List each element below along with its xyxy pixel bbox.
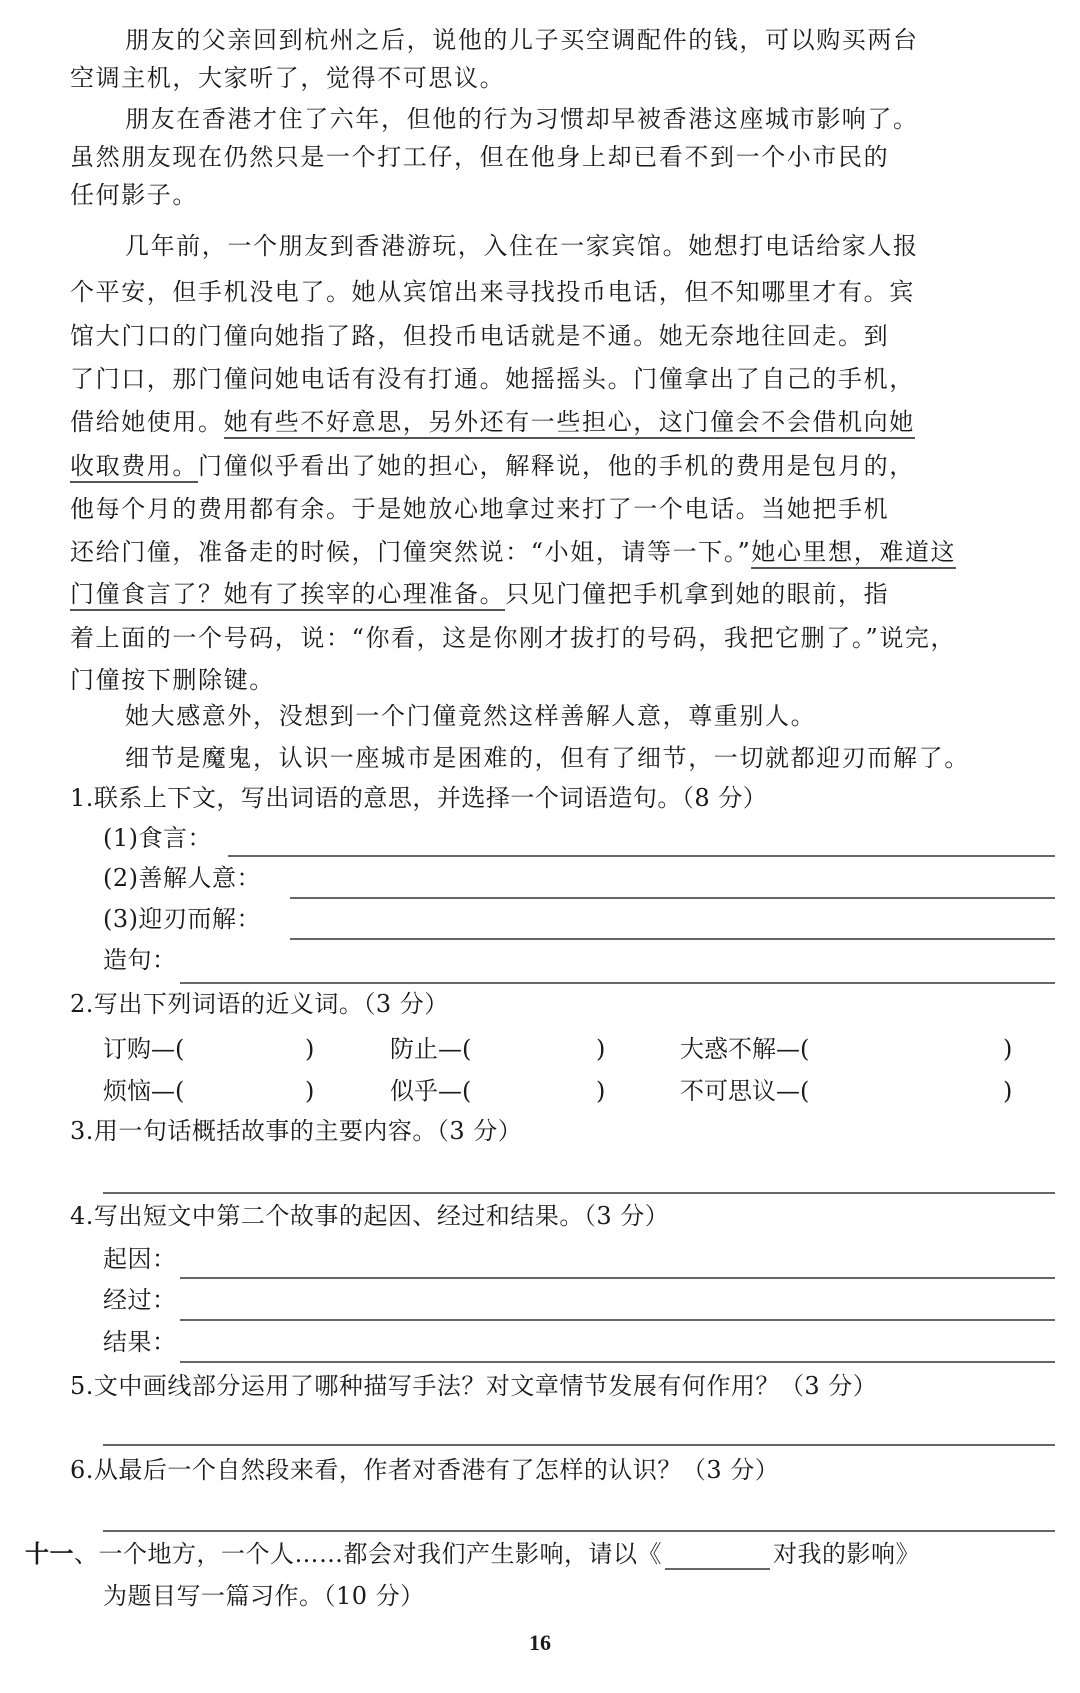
q1-label-yingrenerjie: (3)迎刃而解： xyxy=(103,903,1080,935)
q4-label-result: 结果： xyxy=(103,1326,1080,1358)
passage-text: 借给她使用。 xyxy=(70,408,224,436)
paren-close: ) xyxy=(1003,1075,1012,1107)
passage-p3-line11: 门僮按下删除键。 xyxy=(70,664,1055,696)
passage-p2-line1: 朋友在香港才住了六年，但他的行为习惯却早被香港这座城市影响了。 xyxy=(125,103,1055,135)
q5-answer-line[interactable] xyxy=(103,1444,1055,1446)
passage-p3-line2: 个平安，但手机没电了。她从宾馆出来寻找投币电话，但不知哪里才有。宾 xyxy=(70,276,1055,308)
q4-label-process: 经过： xyxy=(103,1284,1080,1316)
passage-p1-line2: 空调主机，大家听了，觉得不可思议。 xyxy=(70,62,1055,94)
question-2: 2.写出下列词语的近义词。（3 分） xyxy=(70,988,1055,1020)
paren-close: ) xyxy=(596,1033,605,1065)
underlined-sentence-1b: 收取费用。 xyxy=(70,452,198,483)
q4-label-cause: 起因： xyxy=(103,1243,1080,1275)
question-5: 5.文中画线部分运用了哪种描写手法？对文章情节发展有何作用？（3 分） xyxy=(70,1370,1055,1402)
title-blank[interactable] xyxy=(665,1544,770,1570)
section-11-text-b: 对我的影响》 xyxy=(773,1540,920,1568)
worksheet-page: 朋友的父亲回到杭州之后，说他的儿子买空调配件的钱，可以购买两台 空调主机，大家听… xyxy=(0,0,1080,1693)
q2-word-bukesiyi: 不可思议—( xyxy=(680,1075,809,1107)
paren-close: ) xyxy=(596,1075,605,1107)
passage-p3-line7: 他每个月的费用都有余。于是她放心地拿过来打了一个电话。当她把手机 xyxy=(70,493,1055,525)
section-11-prompt: 十一、一个地方，一个人……都会对我们产生影响，请以《对我的影响》 xyxy=(25,1538,1055,1570)
passage-p2-line2: 虽然朋友现在仍然只是一个打工仔，但在他身上却已看不到一个小市民的 xyxy=(70,141,1055,173)
q2-word-fangzhi: 防止—( xyxy=(390,1033,471,1065)
passage-text: 门僮似乎看出了她的担心，解释说，他的手机的费用是包月的， xyxy=(198,452,915,480)
paren-close: ) xyxy=(1003,1033,1012,1065)
passage-p3-line9: 门僮食言了？她有了挨宰的心理准备。只见门僮把手机拿到她的眼前，指 xyxy=(70,578,1055,610)
section-11-text-a: 、一个地方，一个人……都会对我们产生影响，请以《 xyxy=(74,1540,662,1568)
underlined-sentence-1a: 她有些不好意思，另外还有一些担心，这门僮会不会借机向她 xyxy=(224,408,915,439)
q6-answer-line[interactable] xyxy=(103,1530,1055,1532)
q2-word-dinggou: 订购—( xyxy=(103,1033,184,1065)
passage-p3-line1: 几年前，一个朋友到香港游玩，入住在一家宾馆。她想打电话给家人报 xyxy=(125,230,1055,262)
q1-label-zaoju: 造句： xyxy=(103,944,1080,976)
question-6: 6.从最后一个自然段来看，作者对香港有了怎样的认识？（3 分） xyxy=(70,1454,1055,1486)
q2-word-dahuobujie: 大惑不解—( xyxy=(680,1033,809,1065)
q1-answer-line-3[interactable] xyxy=(290,938,1055,940)
underlined-sentence-2a: 她心里想，难道这 xyxy=(751,538,956,569)
paren-close: ) xyxy=(305,1033,314,1065)
passage-p4: 她大感意外，没想到一个门僮竟然这样善解人意，尊重别人。 xyxy=(125,700,1055,732)
passage-p3-line10: 着上面的一个号码，说：“你看，这是你刚才拔打的号码，我把它删了。”说完， xyxy=(70,622,1055,654)
q3-answer-line[interactable] xyxy=(103,1192,1055,1194)
q1-answer-line-1[interactable] xyxy=(228,855,1055,857)
question-3: 3.用一句话概括故事的主要内容。（3 分） xyxy=(70,1115,1055,1147)
q4-answer-line-result[interactable] xyxy=(180,1361,1055,1363)
q4-answer-line-process[interactable] xyxy=(180,1319,1055,1321)
passage-p3-line8: 还给门僮，准备走的时候，门僮突然说：“小姐，请等一下。”她心里想，难道这 xyxy=(70,536,1055,568)
paren-close: ) xyxy=(305,1075,314,1107)
passage-p3-line5: 借给她使用。她有些不好意思，另外还有一些担心，这门僮会不会借机向她 xyxy=(70,406,1055,438)
passage-p3-line4: 了门口，那门僮问她电话有没有打通。她摇摇头。门僮拿出了自己的手机， xyxy=(70,363,1055,395)
passage-text: 还给门僮，准备走的时候，门僮突然说：“小姐，请等一下。” xyxy=(70,538,751,566)
passage-p1-line1: 朋友的父亲回到杭州之后，说他的儿子买空调配件的钱，可以购买两台 xyxy=(125,24,1055,56)
section-11-text-c: 为题目写一篇习作。（10 分） xyxy=(103,1580,1080,1612)
q1-label-shiyan: (1)食言： xyxy=(103,822,1080,854)
question-4: 4.写出短文中第二个故事的起因、经过和结果。（3 分） xyxy=(70,1200,1055,1232)
passage-p3-line3: 馆大门口的门僮向她指了路，但投币电话就是不通。她无奈地往回走。到 xyxy=(70,320,1055,352)
section-number: 十一 xyxy=(25,1540,74,1568)
passage-text: 只见门僮把手机拿到她的眼前，指 xyxy=(505,580,889,608)
question-1: 1.联系上下文，写出词语的意思，并选择一个词语造句。（8 分） xyxy=(70,782,1055,814)
underlined-sentence-2b: 门僮食言了？她有了挨宰的心理准备。 xyxy=(70,580,505,611)
q1-answer-line-2[interactable] xyxy=(290,897,1055,899)
q2-word-sihu: 似乎—( xyxy=(390,1075,471,1107)
passage-p3-line6: 收取费用。门僮似乎看出了她的担心，解释说，他的手机的费用是包月的， xyxy=(70,450,1055,482)
q1-answer-line-sentence[interactable] xyxy=(180,982,1055,984)
q4-answer-line-cause[interactable] xyxy=(180,1277,1055,1279)
q2-word-fannao: 烦恼—( xyxy=(103,1075,184,1107)
q1-label-shanjierenyi: (2)善解人意： xyxy=(103,862,1080,894)
passage-p2-line3: 任何影子。 xyxy=(70,179,1055,211)
passage-p5: 细节是魔鬼，认识一座城市是困难的，但有了细节，一切就都迎刃而解了。 xyxy=(125,742,1055,774)
page-number: 16 xyxy=(0,1630,1080,1656)
